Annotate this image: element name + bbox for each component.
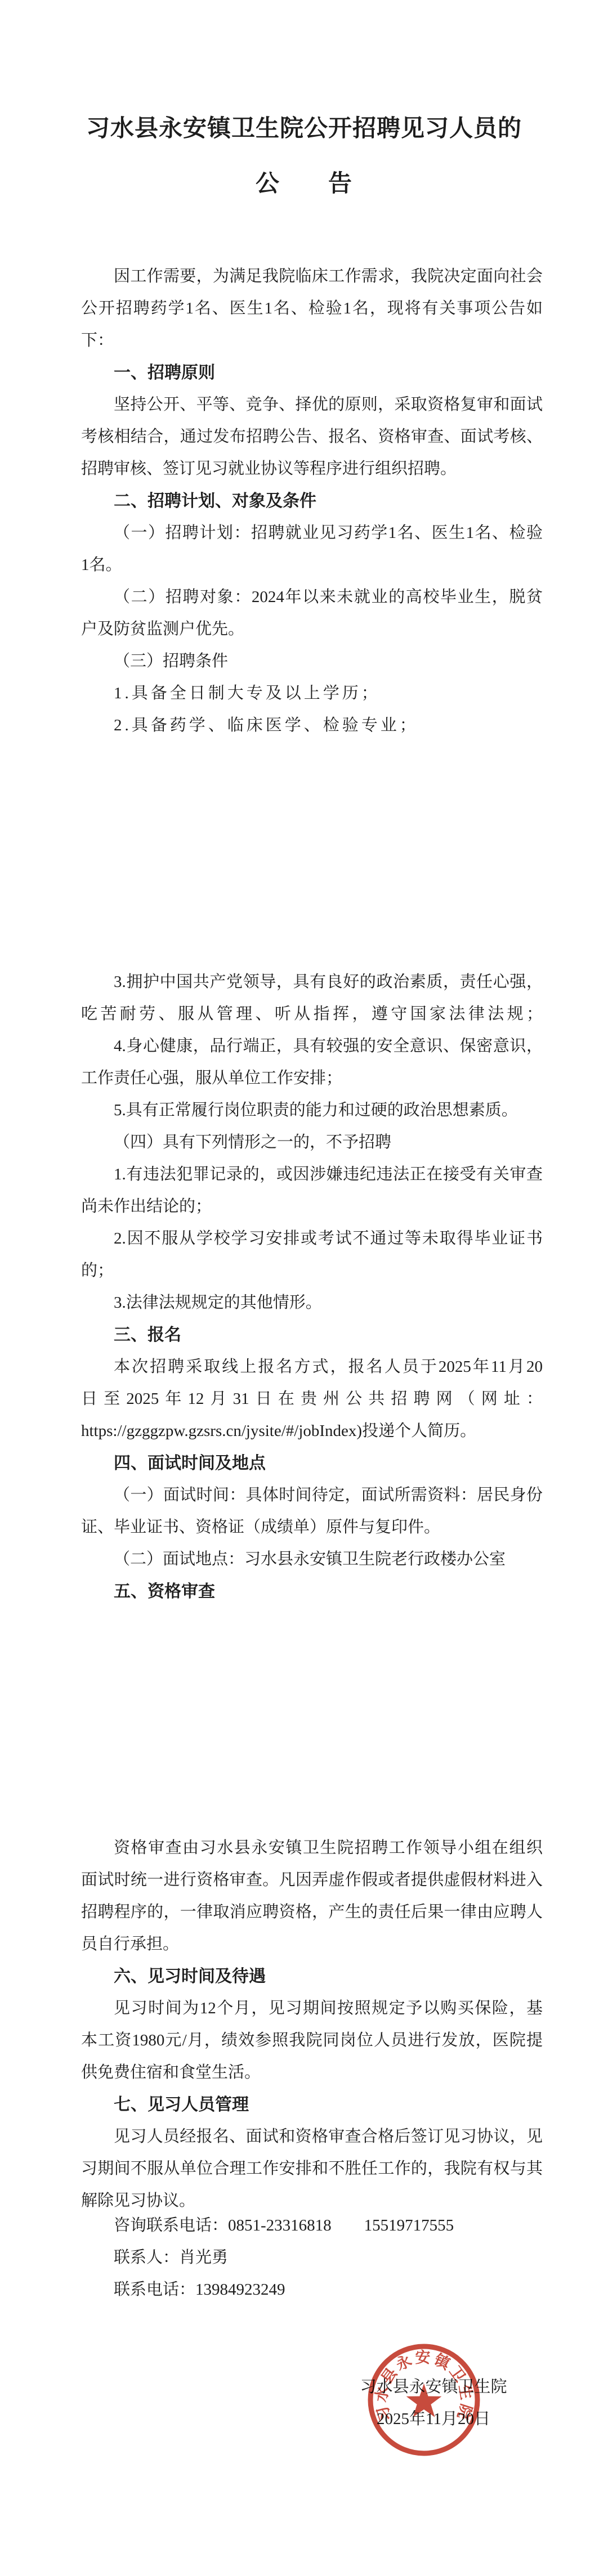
doc-line: （四）具有下列情形之一的，不予招聘 (81, 1127, 543, 1159)
doc-line: 招聘程序的，一律取消应聘资格，产生的责任后果一律由应聘人 (81, 1896, 543, 1928)
doc-line: 日至2025年12月31日在贵州公共招聘网（网址： (81, 1383, 543, 1415)
doc-line: 面试时统一进行资格审查。凡因弄虚作假或者提供虚假材料进入 (81, 1864, 543, 1896)
doc-line: （一）招聘计划：招聘就业见习药学1名、医生1名、检验 (81, 517, 543, 549)
doc-line: 习期间不服从单位合理工作安排和不胜任工作的，我院有权与其 (81, 2153, 543, 2185)
doc-line: 五、资格审查 (81, 1576, 543, 1608)
doc-line: 下： (81, 325, 543, 357)
doc-line: 3.拥护中国共产党领导，具有良好的政治素质，责任心强， (81, 966, 543, 998)
announcement-document: 习水县永安镇卫生院公开招聘见习人员的 公 告 因工作需要，为满足我院临床工作需求… (0, 0, 608, 2576)
seal-star-icon (406, 2384, 442, 2417)
doc-line: 户及防贫监测户优先。 (81, 613, 543, 645)
doc-line: 2.具备药学、临床医学、检验专业； (81, 710, 543, 742)
doc-line: 坚持公开、平等、竞争、择优的原则，采取资格复审和面试 (81, 389, 543, 421)
doc-line: 供免费住宿和食堂生活。 (81, 2057, 543, 2089)
doc-line: 招聘审核、签订见习就业协议等程序进行组织招聘。 (81, 453, 543, 485)
doc-line: 尚未作出结论的； (81, 1191, 543, 1223)
doc-line: 本工资1980元/月，绩效参照我院同岗位人员进行发放，医院提 (81, 2025, 543, 2057)
doc-line: 本次招聘采取线上报名方式，报名人员于2025年11月20 (81, 1351, 543, 1383)
doc-line: 六、见习时间及待遇 (81, 1960, 543, 1992)
doc-line: 见习人员经报名、面试和资格审查合格后签订见习协议，见 (81, 2121, 543, 2153)
doc-line: 三、报名 (81, 1319, 543, 1351)
doc-line: 资格审查由习水县永安镇卫生院招聘工作领导小组在组织 (81, 1832, 543, 1864)
doc-line: 4.身心健康，品行端正，具有较强的安全意识、保密意识， (81, 1030, 543, 1062)
doc-line: 1.具备全日制大专及以上学历； (81, 677, 543, 710)
doc-title-line1: 习水县永安镇卫生院公开招聘见习人员的 (0, 115, 608, 142)
doc-line: （三）招聘条件 (81, 645, 543, 677)
doc-line: 1名。 (81, 549, 543, 581)
doc-line: 工作责任心强，服从单位工作安排； (81, 1062, 543, 1094)
doc-line: 证、毕业证书、资格证（成绩单）原件与复印件。 (81, 1511, 543, 1543)
doc-line: 吃苦耐劳、服从管理、听从指挥，遵守国家法律法规； (81, 998, 543, 1030)
doc-line: 一、招聘原则 (81, 357, 543, 389)
doc-line: https://gzggzpw.gzsrs.cn/jysite/#/jobInd… (81, 1415, 543, 1447)
doc-line: 5.具有正常履行岗位职责的能力和过硬的政治思想素质。 (81, 1094, 543, 1127)
doc-body-page3: 资格审查由习水县永安镇卫生院招聘工作领导小组在组织面试时统一进行资格审查。凡因弄… (81, 1832, 543, 2217)
doc-line: 见习时间为12个月，见习期间按照规定予以购买保险，基 (81, 1992, 543, 2025)
doc-line: 二、招聘计划、对象及条件 (81, 485, 543, 517)
doc-body-page1: 因工作需要，为满足我院临床工作需求，我院决定面向社会公开招聘药学1名、医生1名、… (81, 261, 543, 742)
doc-contact-block: 咨询联系电话：0851-23316818 15519717555联系人：肖光勇联… (81, 2210, 543, 2306)
doc-line: 联系电话：13984923249 (81, 2274, 543, 2306)
doc-line: 联系人：肖光勇 (81, 2242, 543, 2274)
doc-line: 四、面试时间及地点 (81, 1447, 543, 1479)
doc-line: 考核相结合，通过发布招聘公告、报名、资格审查、面试考核、 (81, 421, 543, 453)
doc-line: 的； (81, 1255, 543, 1287)
doc-line: （二）招聘对象：2024年以来未就业的高校毕业生，脱贫 (81, 581, 543, 613)
doc-line: 七、见习人员管理 (81, 2089, 543, 2121)
doc-body-page2: 3.拥护中国共产党领导，具有良好的政治素质，责任心强，吃苦耐劳、服从管理、听从指… (81, 966, 543, 1608)
doc-line: 2.因不服从学校学习安排或考试不通过等未取得毕业证书 (81, 1223, 543, 1255)
doc-line: 1.有违法犯罪记录的，或因涉嫌违纪违法正在接受有关审查 (81, 1159, 543, 1191)
doc-line: （一）面试时间：具体时间待定，面试所需资料：居民身份 (81, 1479, 543, 1511)
doc-line: 3.法律法规规定的其他情形。 (81, 1287, 543, 1319)
doc-line: 公开招聘药学1名、医生1名、检验1名，现将有关事项公告如 (81, 293, 543, 325)
doc-line: 因工作需要，为满足我院临床工作需求，我院决定面向社会 (81, 261, 543, 293)
doc-line: （二）面试地点：习水县永安镇卫生院老行政楼办公室 (81, 1543, 543, 1576)
doc-line: 员自行承担。 (81, 1928, 543, 1960)
official-seal-icon: 习水县永安镇卫生院 (362, 2338, 486, 2462)
doc-title-line2: 公 告 (0, 170, 608, 198)
doc-line: 咨询联系电话：0851-23316818 15519717555 (81, 2210, 543, 2242)
